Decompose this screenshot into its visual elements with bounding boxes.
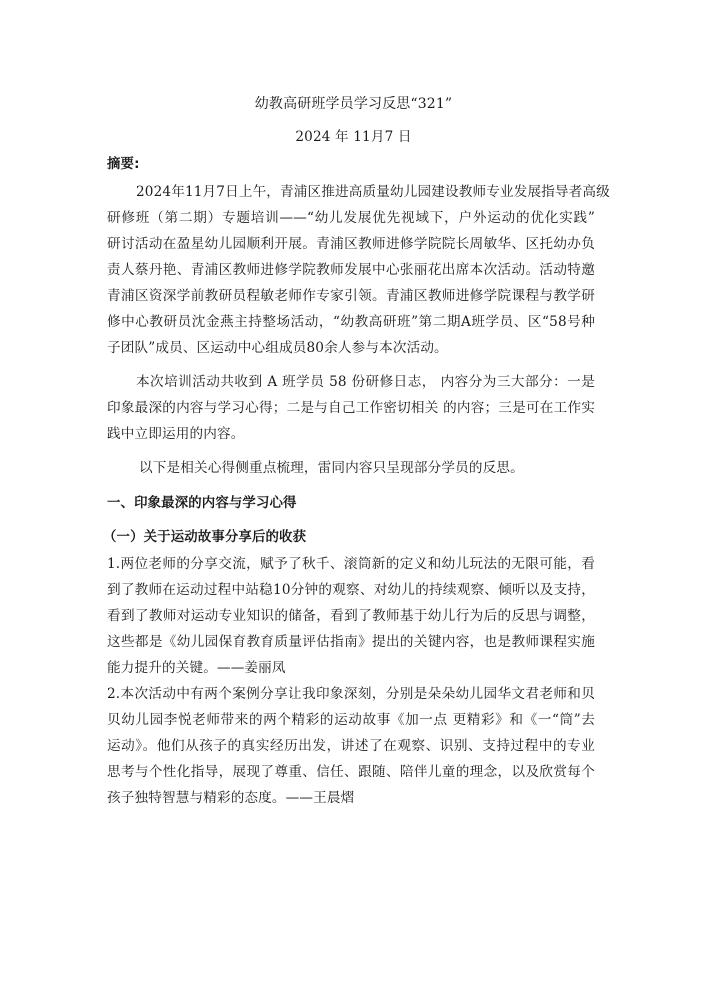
item-2-line: 孩子独特智慧与精彩的态度。——王晨熠 — [107, 789, 597, 807]
section-heading: 一、印象最深的内容与学习心得 — [107, 495, 597, 513]
subsection-heading: （一）关于运动故事分享后的收获 — [103, 529, 593, 547]
summary-line: 本次培训活动共收到 A 班学员 58 份研修日志， 内容分为三大部分：一是 — [136, 373, 595, 391]
item-1-line: 到了教师在运动过程中站稳10分钟的观察、对幼儿的持续观察、倾听以及支持， — [107, 581, 595, 599]
abstract-line: 责人蔡丹艳、青浦区教师进修学院教师发展中心张丽花出席本次活动。活动特邀 — [107, 261, 595, 279]
summary-line: 印象最深的内容与学习心得；二是与自己工作密切相关 的内容；三是可在工作实 — [107, 399, 595, 417]
abstract-line: 子团队”成员、区运动中心组成员80余人参与本次活动。 — [107, 339, 597, 357]
document-title: 幼教高研班学员学习反思“321” — [0, 95, 707, 113]
abstract-line: 修中心教研员沈金燕主持整场活动，“幼教高研班”第二期A班学员、区“58号种 — [107, 313, 595, 331]
abstract-line: 青浦区资深学前教研员程敏老师作专家引领。青浦区教师进修学院课程与教学研 — [107, 287, 595, 305]
item-2-line: 运动》。他们从孩子的真实经历出发，讲述了在观察、识别、支持过程中的专业 — [107, 737, 595, 755]
item-1-line: 1.两位老师的分享交流，赋予了秋千、滚筒新的定义和幼儿玩法的无限可能，看 — [107, 555, 595, 573]
abstract-label: 摘要: — [107, 156, 597, 174]
abstract-line: 研修班（第二期）专题培训——“幼儿发展优先视域下，户外运动的优化实践” — [107, 209, 595, 227]
item-2-line: 思考与个性化指导，展现了尊重、信任、跟随、陪伴儿童的理念，以及欣赏每个 — [107, 763, 595, 781]
item-2-line: 贝幼儿园李悦老师带来的两个精彩的运动故事《加一点 更精彩》和《一“筒”去 — [107, 711, 595, 729]
item-2-line: 2.本次活动中有两个案例分享让我印象深刻，分别是朵朵幼儿园华文君老师和贝 — [107, 685, 595, 703]
document-page: 幼教高研班学员学习反思“321” 2024 年 11月7 日 摘要: 2024年… — [0, 0, 707, 999]
abstract-line: 2024年11月7日上午，青浦区推进高质量幼儿园建设教师专业发展指导者高级 — [136, 183, 595, 201]
summary-line: 践中立即运用的内容。 — [107, 425, 597, 443]
item-1-line: 看到了教师对运动专业知识的储备，看到了教师基于幼儿行为后的反思与调整， — [107, 607, 595, 625]
item-1-line: 能力提升的关键。——姜丽凤 — [107, 659, 597, 677]
item-1-line: 这些都是《幼儿园保育教育质量评估指南》提出的关键内容，也是教师课程实施 — [107, 633, 595, 651]
abstract-line: 研讨活动在盈星幼儿园顺利开展。青浦区教师进修学院院长周敏华、区托幼办负 — [107, 235, 595, 253]
intro-line: 以下是相关心得侧重点梳理，雷同内容只呈现部分学员的反思。 — [139, 459, 629, 477]
document-date: 2024 年 11月7 日 — [0, 128, 707, 146]
